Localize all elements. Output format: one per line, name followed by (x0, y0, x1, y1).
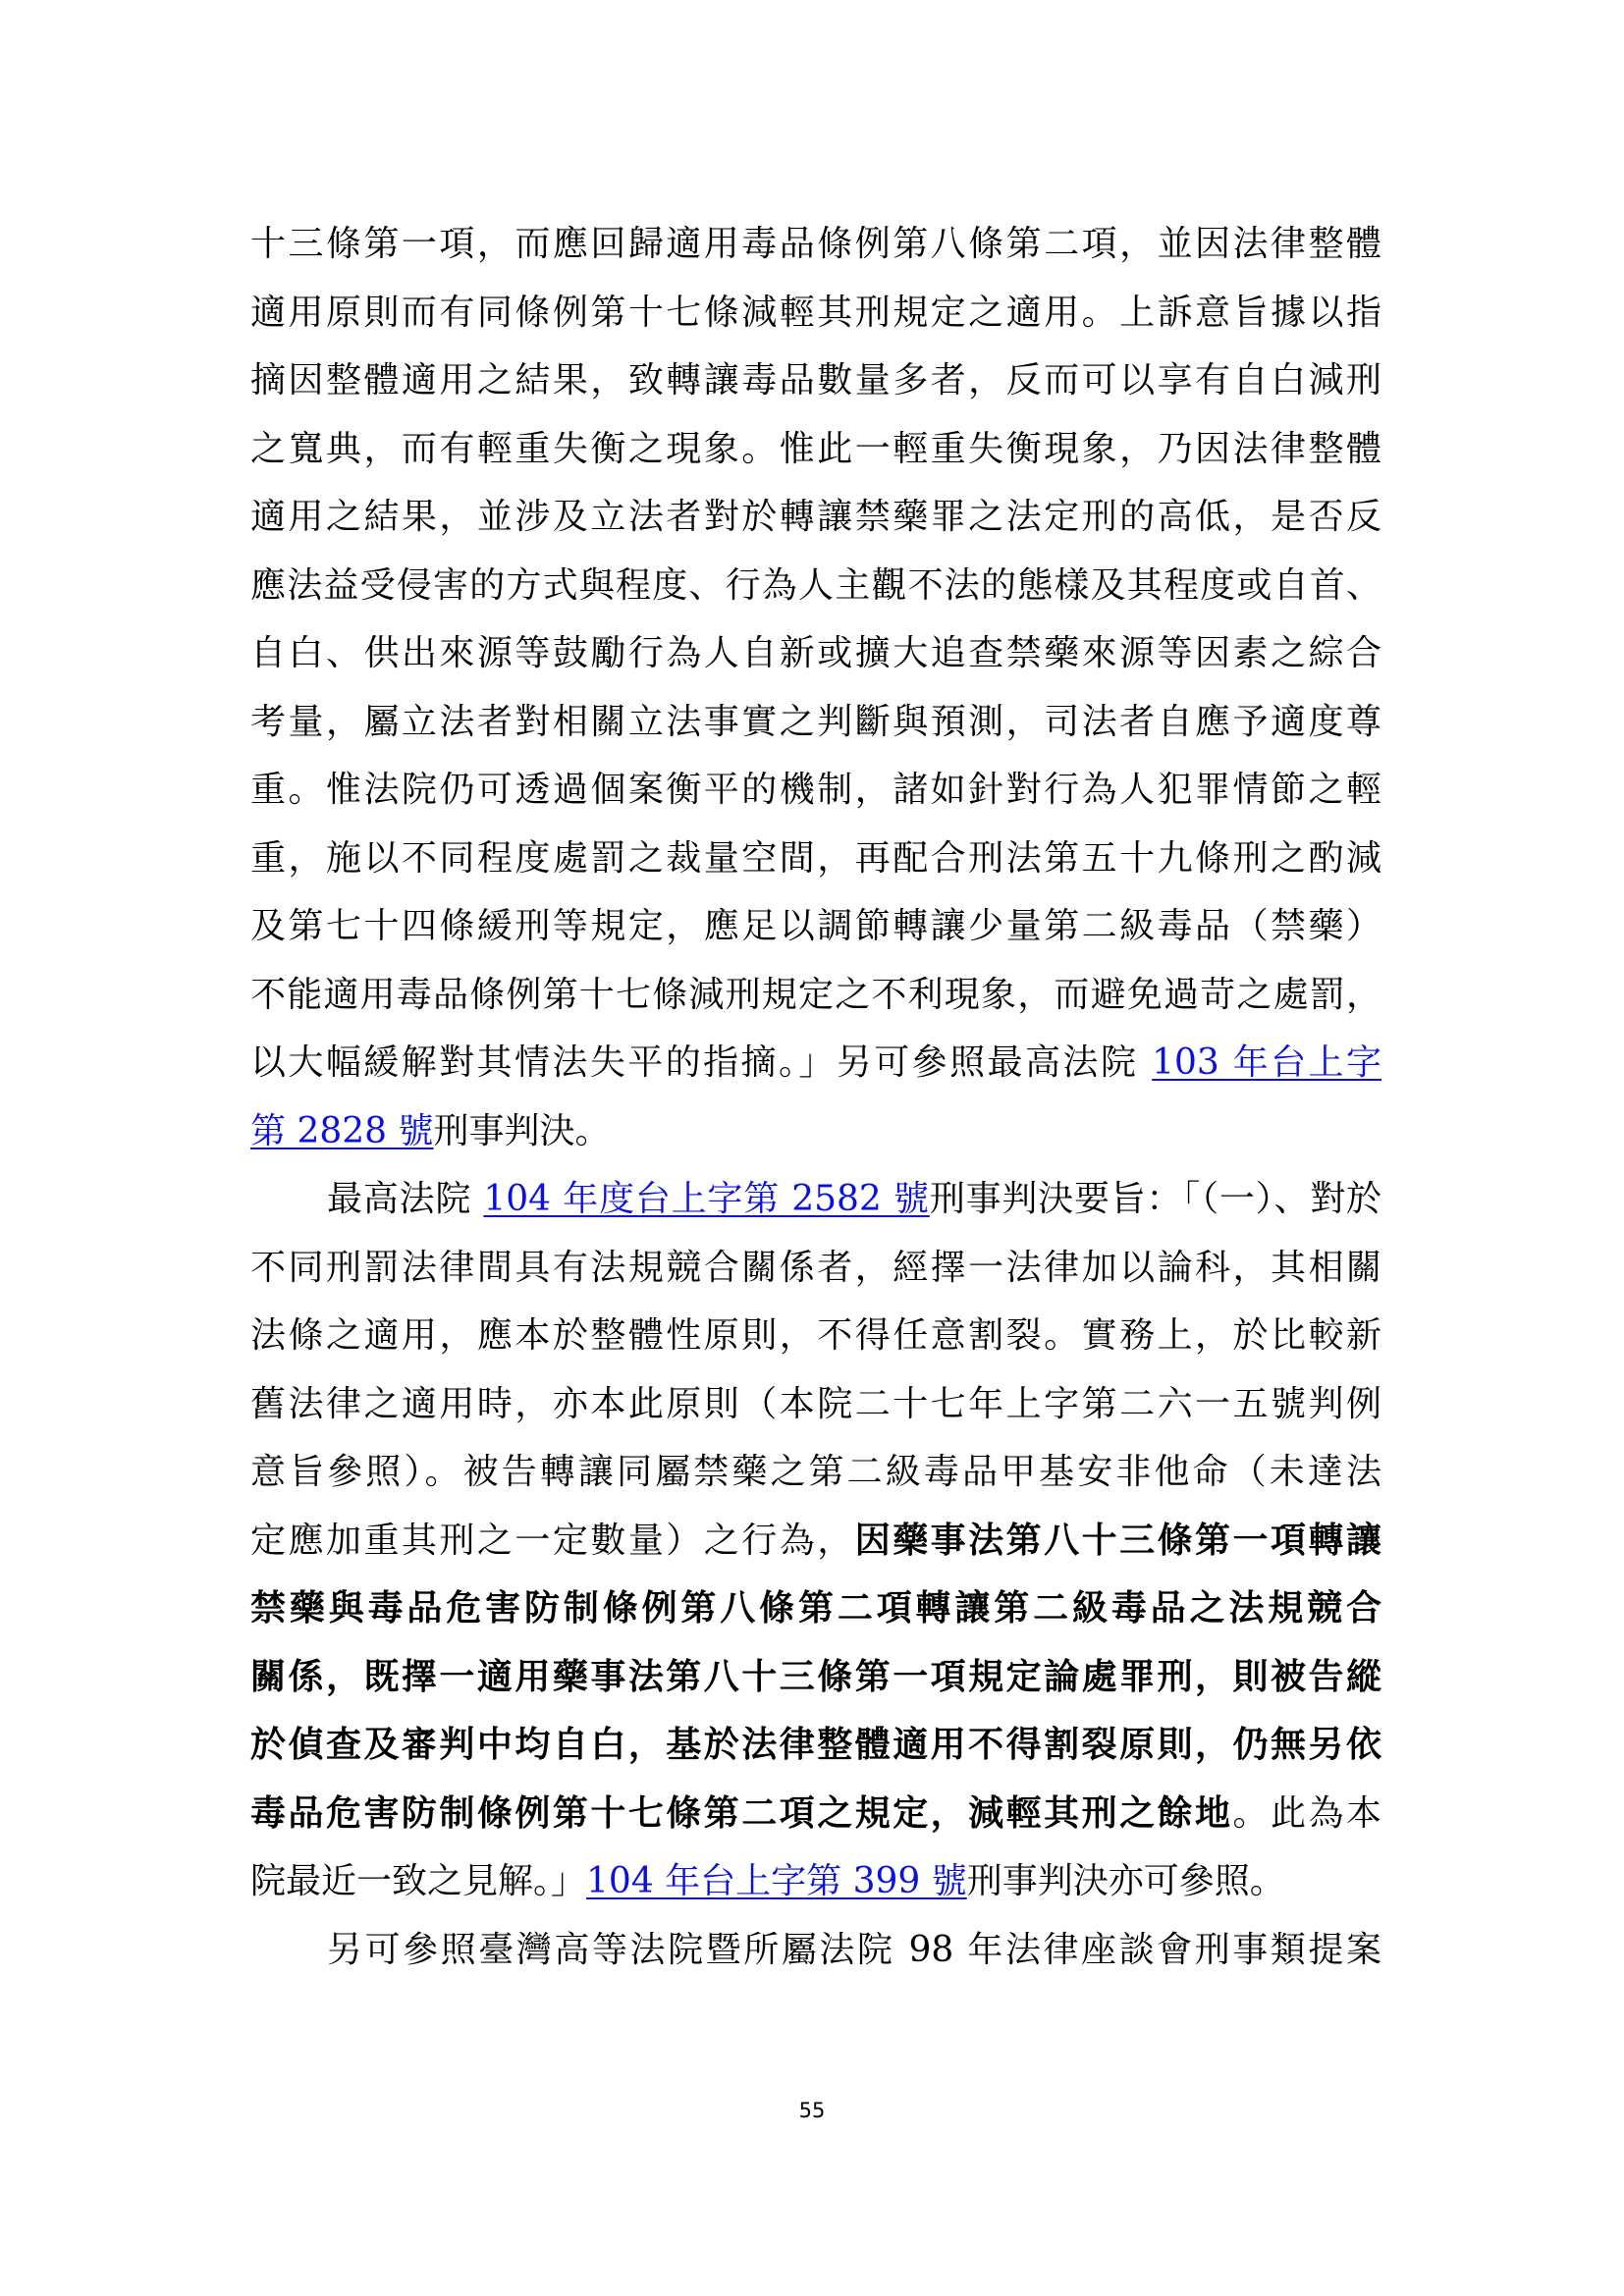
text-segment: 不能適用毒品條例第十七條減刑規定之不利現象，而避免過苛之處罰， (250, 975, 1381, 1015)
text-segment: 重。惟法院仍可透過個案衡平的機制，諸如針對行為人犯罪情節之輕 (250, 770, 1381, 810)
text-line: 舊法律之適用時，亦本此原則（本院二十七年上字第二六一五號判例 (250, 1370, 1381, 1439)
text-line: 不能適用毒品條例第十七條減刑規定之不利現象，而避免過苛之處罰， (250, 961, 1381, 1030)
text-segment: 以大幅緩解對其情法失平的指摘。」另可參照最高法院 (250, 1042, 1152, 1083)
text-line: 自白、供出來源等鼓勵行為人自新或擴大追查禁藥來源等因素之綜合 (250, 619, 1381, 688)
text-line: 適用原則而有同條例第十七條減輕其刑規定之適用。上訴意旨據以指 (250, 279, 1381, 347)
text-segment: 及第七十四條緩刑等規定，應足以調節轉讓少量第二級毒品（禁藥） (250, 906, 1381, 946)
text-segment: 法條之適用，應本於整體性原則，不得任意割裂。實務上，於比較新 (250, 1315, 1381, 1356)
text-line: 及第七十四條緩刑等規定，應足以調節轉讓少量第二級毒品（禁藥） (250, 892, 1381, 961)
text-line: 毒品危害防制條例第十七條第二項之規定，減輕其刑之餘地。此為本 (250, 1780, 1381, 1848)
text-line: 第 2828 號刑事判決。 (250, 1097, 1381, 1166)
text-line: 院最近一致之見解。」104 年台上字第 399 號刑事判決亦可參照。 (250, 1847, 1381, 1916)
text-segment: 刑事判決要旨：「（一）、對於 (930, 1179, 1381, 1219)
bold-text-line: 關係，既擇一適用藥事法第八十三條第一項規定論處罪刑，則被告縱 (250, 1643, 1381, 1712)
case-link-2828[interactable]: 第 2828 號 (250, 1111, 434, 1151)
bold-text-segment: 毒品危害防制條例第十七條第二項之規定，減輕其刑之餘地 (250, 1792, 1233, 1834)
text-segment: 摘因整體適用之結果，致轉讓毒品數量多者，反而可以享有自白減刑 (250, 360, 1381, 400)
text-segment: 應法益受侵害的方式與程度、行為人主觀不法的態樣及其程度或自首、 (250, 565, 1381, 606)
bold-text-line: 禁藥與毒品危害防制條例第八條第二項轉讓第二級毒品之法規競合 (250, 1575, 1381, 1643)
text-segment: 重，施以不同程度處罰之裁量空間，再配合刑法第五十九條刑之酌減 (250, 838, 1381, 879)
text-segment: 考量，屬立法者對相關立法事實之判斷與預測，司法者自應予適度尊 (250, 702, 1381, 742)
text-segment: 定應加重其刑之一定數量）之行為， (250, 1521, 855, 1561)
text-segment: 院最近一致之見解。」 (250, 1861, 586, 1901)
text-line: 不同刑罰法律間具有法規競合關係者，經擇一法律加以論科，其相關 (250, 1234, 1381, 1303)
text-line: 重。惟法院仍可透過個案衡平的機制，諸如針對行為人犯罪情節之輕 (250, 756, 1381, 825)
text-segment: 禁藥與毒品危害防制條例第八條第二項轉讓第二級毒品之法規競合 (250, 1587, 1381, 1629)
text-line: 摘因整體適用之結果，致轉讓毒品數量多者，反而可以享有自白減刑 (250, 347, 1381, 415)
text-line: 十三條第一項，而應回歸適用毒品條例第八條第二項，並因法律整體 (250, 210, 1381, 279)
text-segment: 最高法院 (327, 1179, 483, 1219)
bold-text-line: 於偵查及審判中均自白，基於法律整體適用不得割裂原則，仍無另依 (250, 1711, 1381, 1780)
text-segment: 。此為本 (1233, 1793, 1381, 1834)
text-line: 應法益受侵害的方式與程度、行為人主觀不法的態樣及其程度或自首、 (250, 552, 1381, 620)
text-line: 定應加重其刑之一定數量）之行為，因藥事法第八十三條第一項轉讓 (250, 1507, 1381, 1575)
text-line: 重，施以不同程度處罰之裁量空間，再配合刑法第五十九條刑之酌減 (250, 825, 1381, 893)
case-link-104-399[interactable]: 104 年台上字第 399 號 (586, 1861, 967, 1901)
text-segment: 自白、供出來源等鼓勵行為人自新或擴大追查禁藥來源等因素之綜合 (250, 633, 1381, 673)
case-link-104-2582[interactable]: 104 年度台上字第 2582 號 (483, 1179, 929, 1219)
paragraph-start-line: 最高法院 104 年度台上字第 2582 號刑事判決要旨：「（一）、對於 (250, 1165, 1381, 1234)
text-segment: 舊法律之適用時，亦本此原則（本院二十七年上字第二六一五號判例 (250, 1384, 1381, 1424)
text-segment: 關係，既擇一適用藥事法第八十三條第一項規定論處罪刑，則被告縱 (250, 1656, 1381, 1697)
text-segment: 之寬典，而有輕重失衡之現象。惟此一輕重失衡現象，乃因法律整體 (250, 429, 1381, 469)
text-segment: 適用原則而有同條例第十七條減輕其刑規定之適用。上訴意旨據以指 (250, 293, 1381, 333)
bold-text-segment: 因藥事法第八十三條第一項轉讓 (855, 1520, 1381, 1561)
case-link-103-taishang[interactable]: 103 年台上字 (1152, 1042, 1381, 1083)
text-line: 意旨參照）。被告轉讓同屬禁藥之第二級毒品甲基安非他命（未達法 (250, 1438, 1381, 1507)
text-segment: 不同刑罰法律間具有法規競合關係者，經擇一法律加以論科，其相關 (250, 1248, 1381, 1288)
text-segment: 於偵查及審判中均自白，基於法律整體適用不得割裂原則，仍無另依 (250, 1724, 1381, 1765)
text-line: 之寬典，而有輕重失衡之現象。惟此一輕重失衡現象，乃因法律整體 (250, 415, 1381, 484)
text-segment: 刑事判決。 (434, 1111, 611, 1151)
text-segment: 另可參照臺灣高等法院暨所屬法院 98 年法律座談會刑事類提案 (327, 1930, 1381, 1970)
text-line: 考量，屬立法者對相關立法事實之判斷與預測，司法者自應予適度尊 (250, 688, 1381, 757)
text-line: 適用之結果，並涉及立法者對於轉讓禁藥罪之法定刑的高低，是否反 (250, 483, 1381, 552)
paragraph-start-line: 另可參照臺灣高等法院暨所屬法院 98 年法律座談會刑事類提案 (250, 1916, 1381, 1985)
text-line: 以大幅緩解對其情法失平的指摘。」另可參照最高法院 103 年台上字 (250, 1029, 1381, 1097)
text-segment: 刑事判決亦可參照。 (967, 1861, 1285, 1901)
text-segment: 十三條第一項，而應回歸適用毒品條例第八條第二項，並因法律整體 (250, 224, 1381, 264)
text-line: 法條之適用，應本於整體性原則，不得任意割裂。實務上，於比較新 (250, 1302, 1381, 1370)
document-page: 十三條第一項，而應回歸適用毒品條例第八條第二項，並因法律整體 適用原則而有同條例… (0, 0, 1624, 2296)
text-segment: 適用之結果，並涉及立法者對於轉讓禁藥罪之法定刑的高低，是否反 (250, 497, 1381, 537)
body-text: 十三條第一項，而應回歸適用毒品條例第八條第二項，並因法律整體 適用原則而有同條例… (250, 210, 1381, 1984)
text-segment: 意旨參照）。被告轉讓同屬禁藥之第二級毒品甲基安非他命（未達法 (250, 1452, 1381, 1492)
page-number: 55 (0, 2099, 1624, 2122)
